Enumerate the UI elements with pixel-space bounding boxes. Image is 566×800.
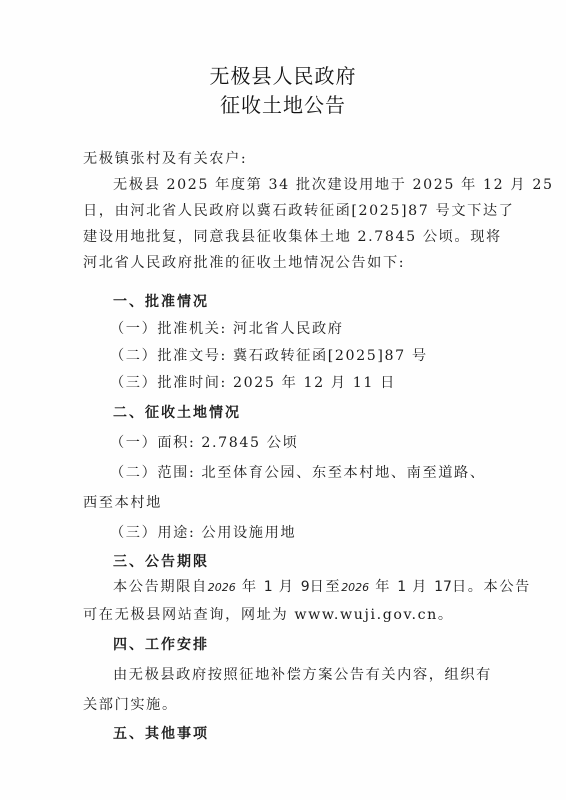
intro-line-3: 建设用地批复，同意我县征收集体土地 2.7845 公顷。现将 bbox=[83, 228, 502, 246]
month-label-2: 月 bbox=[406, 579, 434, 595]
approval-authority: （一）批准机关: 河北省人民政府 bbox=[110, 320, 344, 338]
salutation: 无极镇张村及有关农户: bbox=[83, 150, 247, 168]
start-year-handwritten: 2026 bbox=[208, 581, 236, 594]
intro-line-4: 河北省人民政府批准的征收土地情况公告如下: bbox=[83, 254, 405, 272]
section-heading-work: 四、工作安排 bbox=[113, 636, 209, 654]
website-notice: 可在无极县网站查询，网址为 www.wuji.gov.cn。 bbox=[83, 606, 454, 624]
section-heading-land: 二、征收土地情况 bbox=[113, 404, 241, 422]
notice-period: 本公告期限自2026 年 1 月 9日至2026 年 1 月 17日。本公告 bbox=[113, 578, 531, 597]
land-area: （一）面积: 2.7845 公顷 bbox=[110, 434, 298, 452]
approval-document-number: （二）批准文号: 冀石政转征函[2025]87 号 bbox=[110, 347, 428, 365]
end-year-handwritten: 2026 bbox=[341, 581, 369, 594]
start-day-handwritten: 9 bbox=[301, 579, 310, 595]
work-arrangement-line-2: 关部门实施。 bbox=[83, 696, 178, 714]
month-label: 月 bbox=[273, 579, 301, 595]
intro-line-1: 无极县 2025 年度第 34 批次建设用地于 2025 年 12 月 25 bbox=[113, 176, 554, 194]
document-title-subject: 征收土地公告 bbox=[0, 89, 566, 118]
year-label-2: 年 bbox=[369, 579, 397, 595]
land-boundary: （二）范围: 北至体育公园、东至本村地、南至道路、 bbox=[110, 464, 486, 482]
intro-line-2: 日，由河北省人民政府以冀石政转征函[2025]87 号文下达了 bbox=[83, 202, 514, 220]
end-month-handwritten: 1 bbox=[397, 579, 406, 595]
approval-date: （三）批准时间: 2025 年 12 月 11 日 bbox=[110, 374, 396, 392]
document-page: 无极县人民政府 征收土地公告 无极镇张村及有关农户: 无极县 2025 年度第 … bbox=[0, 0, 566, 800]
day-to-label: 日至 bbox=[310, 579, 342, 595]
section-heading-approval: 一、批准情况 bbox=[113, 293, 209, 311]
end-day-handwritten: 17 bbox=[434, 579, 452, 595]
section-heading-other: 五、其他事项 bbox=[113, 725, 209, 743]
document-title-issuer: 无极县人民政府 bbox=[0, 60, 566, 89]
land-boundary-continued: 西至本村地 bbox=[83, 494, 162, 512]
work-arrangement-line-1: 由无极县政府按照征地补偿方案公告有关内容，组织有 bbox=[113, 666, 492, 684]
period-prefix: 本公告期限自 bbox=[113, 579, 208, 595]
start-month-handwritten: 1 bbox=[264, 579, 273, 595]
land-use: （三）用途: 公用设施用地 bbox=[110, 524, 296, 542]
section-heading-period: 三、公告期限 bbox=[113, 553, 209, 571]
period-suffix: 日。本公告 bbox=[452, 579, 531, 595]
year-label: 年 bbox=[236, 579, 264, 595]
